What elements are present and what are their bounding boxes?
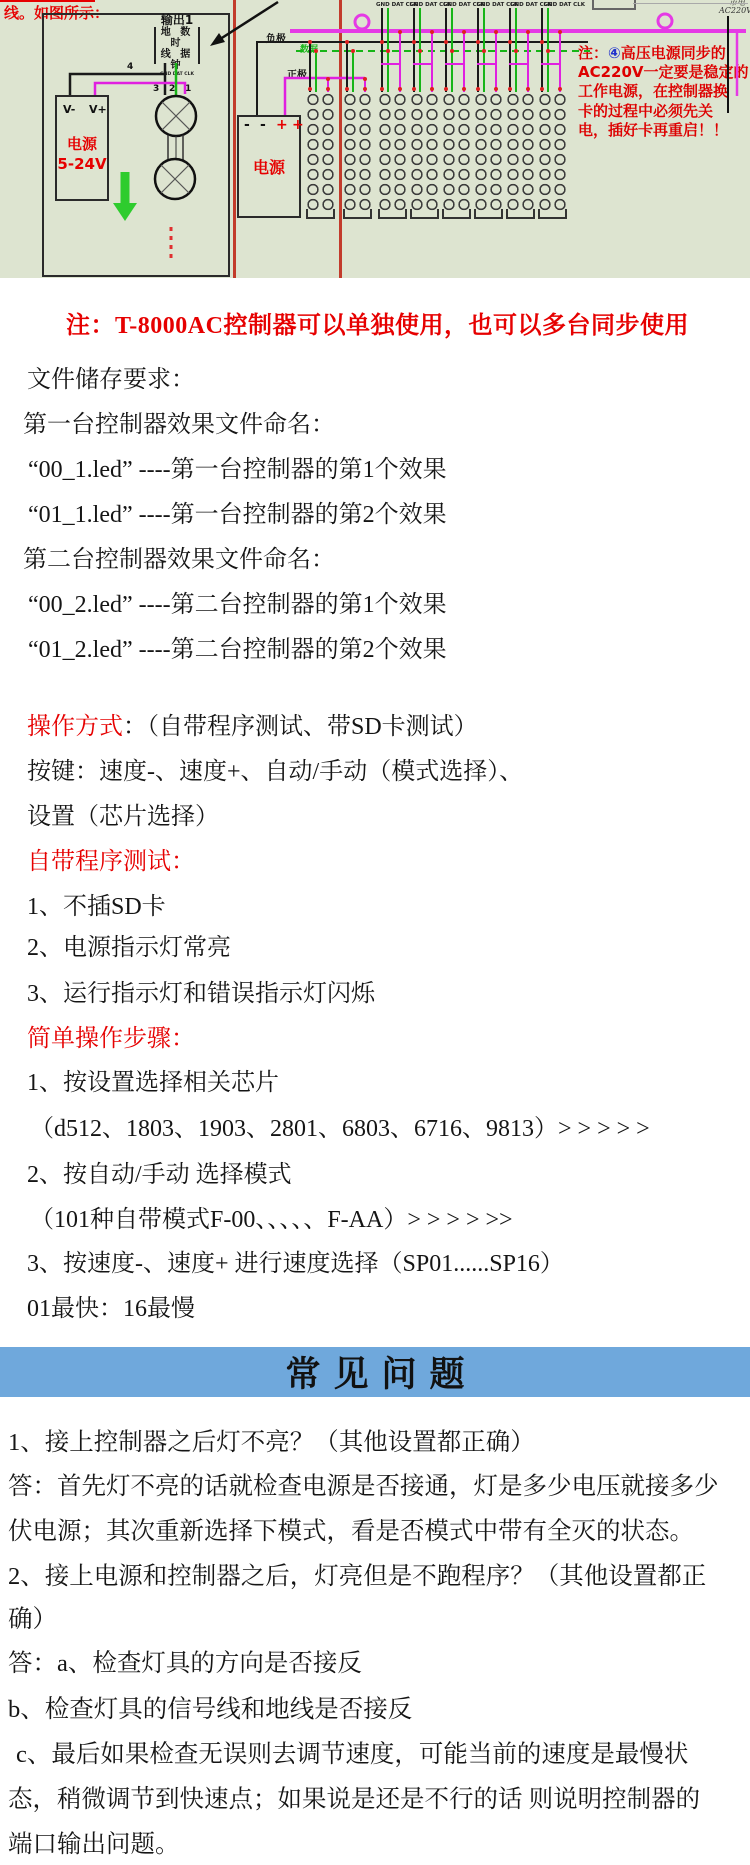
solder-dot <box>308 40 312 44</box>
operation-line: 设置（芯片选择） <box>27 802 219 832</box>
clock-wire <box>559 31 561 92</box>
solder-dot <box>326 77 330 81</box>
faq-line: b、检查灯具的信号线和地线是否接反 <box>8 1695 412 1725</box>
solder-dot <box>476 87 480 91</box>
operation-line: 3、按速度-、速度+ 进行速度选择（SP01......SP16） <box>27 1249 564 1279</box>
solder-dot <box>514 49 518 53</box>
strip-pin-label: GND DAT CLK <box>544 2 577 8</box>
ground-wire <box>346 42 348 92</box>
faq-banner: 常见问题 <box>0 1347 750 1397</box>
clock-wire <box>527 31 529 92</box>
ground-wire <box>477 8 479 92</box>
solder-dot <box>363 77 367 81</box>
faq-line: c、最后如果检查无误则去调节速度，可能当前的速度是最慢状 <box>16 1740 688 1770</box>
data-wire <box>315 51 317 92</box>
storage-line: “01_2.led” ----第二台控制器的第2个效果 <box>28 635 447 665</box>
strip-pin-label: GND DAT CLK <box>510 2 543 8</box>
strip-pin-label: GND DAT CLK <box>410 2 443 8</box>
solder-dot <box>345 87 349 91</box>
clock-wire <box>463 31 465 92</box>
faq-line: 答：首先灯不亮的话就检查电源是否接通，灯是多少电压就接多少 <box>8 1472 719 1502</box>
solder-dot <box>418 49 422 53</box>
strip-end-connector <box>538 209 567 219</box>
storage-line: “00_2.led” ----第二台控制器的第1个效果 <box>28 590 447 620</box>
led-chains: GND DAT CLKGND DAT CLKGND DAT CLKGND DAT… <box>0 0 750 278</box>
mode-list-line: （101种自带模式F-00、、、、、F-AA）> > > > >> <box>30 1205 513 1235</box>
faq-line: 伏电源；其次重新选择下模式，看是否模式中带有全灭的状态。 <box>8 1517 694 1547</box>
operation-line: 按键：速度-、速度+、自动/手动（模式选择）、 <box>27 757 523 787</box>
solder-dot <box>540 87 544 91</box>
solder-dot <box>526 30 530 34</box>
clock-wire-branch <box>413 63 433 65</box>
manual-page: 线。如图所示： 输出1 地 数 时 线 据 钟 GND DAT CLK V- V… <box>0 0 750 1865</box>
solder-dot <box>345 40 349 44</box>
strip-pin-label: GND DAT CLK <box>376 2 409 8</box>
faq-banner-title: 常见问题 <box>272 1347 477 1397</box>
led-strip-column <box>521 92 535 211</box>
solder-dot <box>444 40 448 44</box>
chip-list-line: （d512、1803、1903、2801、6803、6716、9813）> > … <box>30 1114 650 1144</box>
operation-line: 1、按设置选择相关芯片 <box>27 1068 279 1098</box>
clock-wire <box>495 31 497 92</box>
operation-line: 2、按自动/手动 选择模式 <box>27 1160 292 1190</box>
solder-dot <box>540 40 544 44</box>
storage-line: “01_1.led” ----第一台控制器的第2个效果 <box>28 500 447 530</box>
strip-end-connector <box>378 209 407 219</box>
clock-wire <box>431 31 433 92</box>
ground-wire <box>381 8 383 92</box>
led-strip-column <box>489 92 503 211</box>
solder-dot <box>444 87 448 91</box>
builtin-test-heading: 自带程序测试： <box>27 847 195 877</box>
strip-end-connector <box>306 209 335 219</box>
led-strip-column <box>457 92 471 211</box>
ground-wire <box>445 8 447 92</box>
led-strip-column <box>442 92 456 211</box>
solder-dot <box>386 49 390 53</box>
strip-pin-label: GND DAT CLK <box>477 2 510 8</box>
faq-line: 1、接上控制器之后灯不亮？（其他设置都正确） <box>8 1428 535 1458</box>
solder-dot <box>494 30 498 34</box>
led-strip-column <box>321 92 335 211</box>
clock-wire <box>399 31 401 92</box>
solder-dot <box>398 87 402 91</box>
solder-dot <box>482 49 486 53</box>
led-strip-column <box>306 92 320 211</box>
ground-wire <box>541 8 543 92</box>
solder-dot <box>558 87 562 91</box>
faq-line: 答：a、检查灯具的方向是否接反 <box>8 1649 362 1679</box>
led-strip-column <box>358 92 372 211</box>
storage-heading: 文件储存要求： <box>27 365 195 395</box>
solder-dot <box>462 87 466 91</box>
solder-dot <box>476 40 480 44</box>
solder-dot <box>450 49 454 53</box>
operation-line: 2、电源指示灯常亮 <box>27 933 231 963</box>
solder-dot <box>430 30 434 34</box>
faq-line: 确） <box>8 1605 57 1635</box>
strip-end-connector <box>410 209 439 219</box>
faq-line: 端口输出问题。 <box>8 1830 180 1860</box>
led-strip-column <box>425 92 439 211</box>
solder-dot <box>526 87 530 91</box>
solder-dot <box>558 30 562 34</box>
storage-line: 第二台控制器效果文件命名： <box>23 545 335 575</box>
led-strip-column <box>474 92 488 211</box>
strip-end-connector <box>442 209 471 219</box>
solder-dot <box>462 30 466 34</box>
solder-dot <box>363 87 367 91</box>
solder-dot <box>308 87 312 91</box>
solder-dot <box>412 40 416 44</box>
solder-dot <box>326 87 330 91</box>
operation-heading: 操作方式：（自带程序测试、带SD卡测试） <box>27 712 478 742</box>
solder-dot <box>380 87 384 91</box>
clock-wire-branch <box>541 63 561 65</box>
solder-dot <box>546 49 550 53</box>
strip-end-connector <box>343 209 372 219</box>
solder-dot <box>508 40 512 44</box>
wiring-diagram: 线。如图所示： 输出1 地 数 时 线 据 钟 GND DAT CLK V- V… <box>0 0 750 278</box>
clock-wire-branch <box>445 63 465 65</box>
operation-line: 01最快：16最慢 <box>27 1294 195 1324</box>
solder-dot <box>494 87 498 91</box>
led-strip-column <box>393 92 407 211</box>
led-strip-column <box>538 92 552 211</box>
strip-end-connector <box>474 209 503 219</box>
solder-dot <box>380 40 384 44</box>
solder-dot <box>412 87 416 91</box>
solder-dot <box>430 87 434 91</box>
data-wire <box>352 51 354 92</box>
simple-steps-heading: 简单操作步骤： <box>27 1024 195 1054</box>
led-strip-column <box>553 92 567 211</box>
operation-label-rest: ：（自带程序测试、带SD卡测试） <box>123 714 478 740</box>
faq-line: 态，稍微调节到快速点；如果说是还是不行的话 则说明控制器的 <box>8 1785 700 1815</box>
solder-dot <box>314 49 318 53</box>
operation-line: 1、不插SD卡 <box>27 892 166 922</box>
ground-wire <box>509 8 511 92</box>
headline: 注：T-8000AC控制器可以单独使用，也可以多台同步使用 <box>66 305 689 340</box>
led-strip-column <box>506 92 520 211</box>
ground-wire <box>309 42 311 92</box>
clock-wire-branch <box>509 63 529 65</box>
led-strip-column <box>378 92 392 211</box>
clock-wire-branch <box>381 63 401 65</box>
clock-wire-branch <box>477 63 497 65</box>
solder-dot <box>508 87 512 91</box>
led-strip-column <box>343 92 357 211</box>
solder-dot <box>398 30 402 34</box>
faq-line: 2、接上电源和控制器之后，灯亮但是不跑程序？（其他设置都正 <box>8 1562 706 1592</box>
operation-line: 3、运行指示灯和错误指示灯闪烁 <box>27 979 375 1009</box>
ground-wire <box>413 8 415 92</box>
solder-dot <box>351 49 355 53</box>
led-strip-column <box>410 92 424 211</box>
strip-end-connector <box>506 209 535 219</box>
storage-line: “00_1.led” ----第一台控制器的第1个效果 <box>28 455 447 485</box>
strip-pin-label: GND DAT CLK <box>443 2 476 8</box>
storage-line: 第一台控制器效果文件命名： <box>23 410 335 440</box>
operation-label: 操作方式 <box>27 714 123 740</box>
